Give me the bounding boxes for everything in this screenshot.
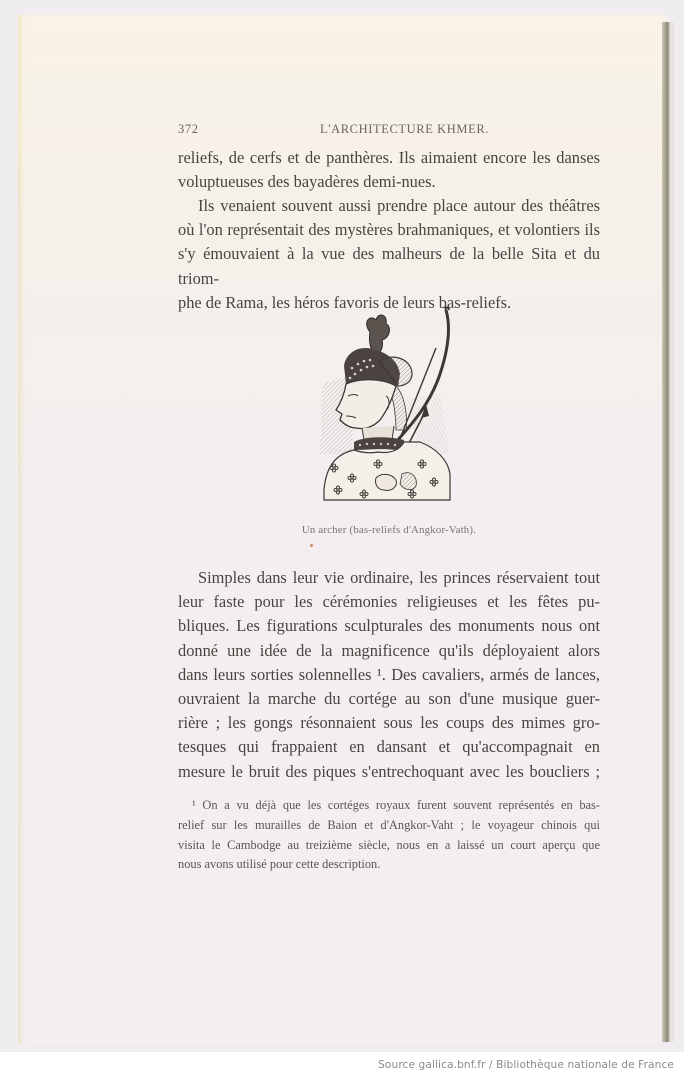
paragraph-princes: Simples dans leur vie ordinaire, les pri… <box>178 566 600 784</box>
archer-engraving-icon <box>300 304 480 504</box>
text-line: rière ; les gongs résonnaient sous les c… <box>178 711 600 735</box>
footnote-line: ¹ On a vu déjà que les cortéges royaux f… <box>178 796 600 816</box>
text-line: bliques. Les figurations sculpturales de… <box>178 614 600 638</box>
ink-mark <box>310 544 313 547</box>
footnote-line: nous avons utilisé pour cette descriptio… <box>178 855 600 875</box>
paragraph-continued: reliefs, de cerfs et de panthères. Ils a… <box>178 146 600 194</box>
page-edge-shadow <box>662 22 670 1042</box>
text-line: donné une idée de la magnificence qu'ils… <box>178 639 600 663</box>
text-line: Simples dans leur vie ordinaire, les pri… <box>178 566 600 590</box>
text-line: voluptueuses des bayadères demi-nues. <box>178 170 600 194</box>
text-line: Ils venaient souvent aussi prendre place… <box>178 194 600 218</box>
text-line: reliefs, de cerfs et de panthères. Ils a… <box>178 146 600 170</box>
footnote-line: relief sur les murailles de Baion et d'A… <box>178 816 600 836</box>
text-line: dans leurs sorties solennelles ¹. Des ca… <box>178 663 600 687</box>
footnote-line: visita le Cambodge au treizième siècle, … <box>178 836 600 856</box>
text-line: où l'on représentait des mystères brahma… <box>178 218 600 242</box>
page-edge-outer <box>670 22 674 1042</box>
source-footer: Source gallica.bnf.fr / Bibliothèque nat… <box>0 1052 684 1080</box>
text-line: tesques qui frappaient en dansant et qu'… <box>178 735 600 759</box>
text-line: ouvraient la marche du cortége au son d'… <box>178 687 600 711</box>
text-line: s'y émouvaient à la vue des malheurs de … <box>178 242 600 290</box>
paragraph-theatres: Ils venaient souvent aussi prendre place… <box>178 194 600 315</box>
running-title: L'ARCHITECTURE KHMER. <box>320 122 489 137</box>
figure-caption: Un archer (bas-reliefs d'Angkor-Vath). <box>178 524 600 536</box>
archer-illustration <box>300 304 480 504</box>
text-line: leur faste pour les cérémonies religieus… <box>178 590 600 614</box>
footnote: ¹ On a vu déjà que les cortéges royaux f… <box>178 796 600 875</box>
source-credit: Source gallica.bnf.fr / Bibliothèque nat… <box>378 1059 674 1071</box>
scan-area: 372 L'ARCHITECTURE KHMER. reliefs, de ce… <box>0 0 684 1052</box>
running-head: 372 L'ARCHITECTURE KHMER. <box>178 122 598 140</box>
page-number: 372 <box>178 122 199 137</box>
text-line: mesure le bruit des piques s'entrechoqua… <box>178 760 600 784</box>
